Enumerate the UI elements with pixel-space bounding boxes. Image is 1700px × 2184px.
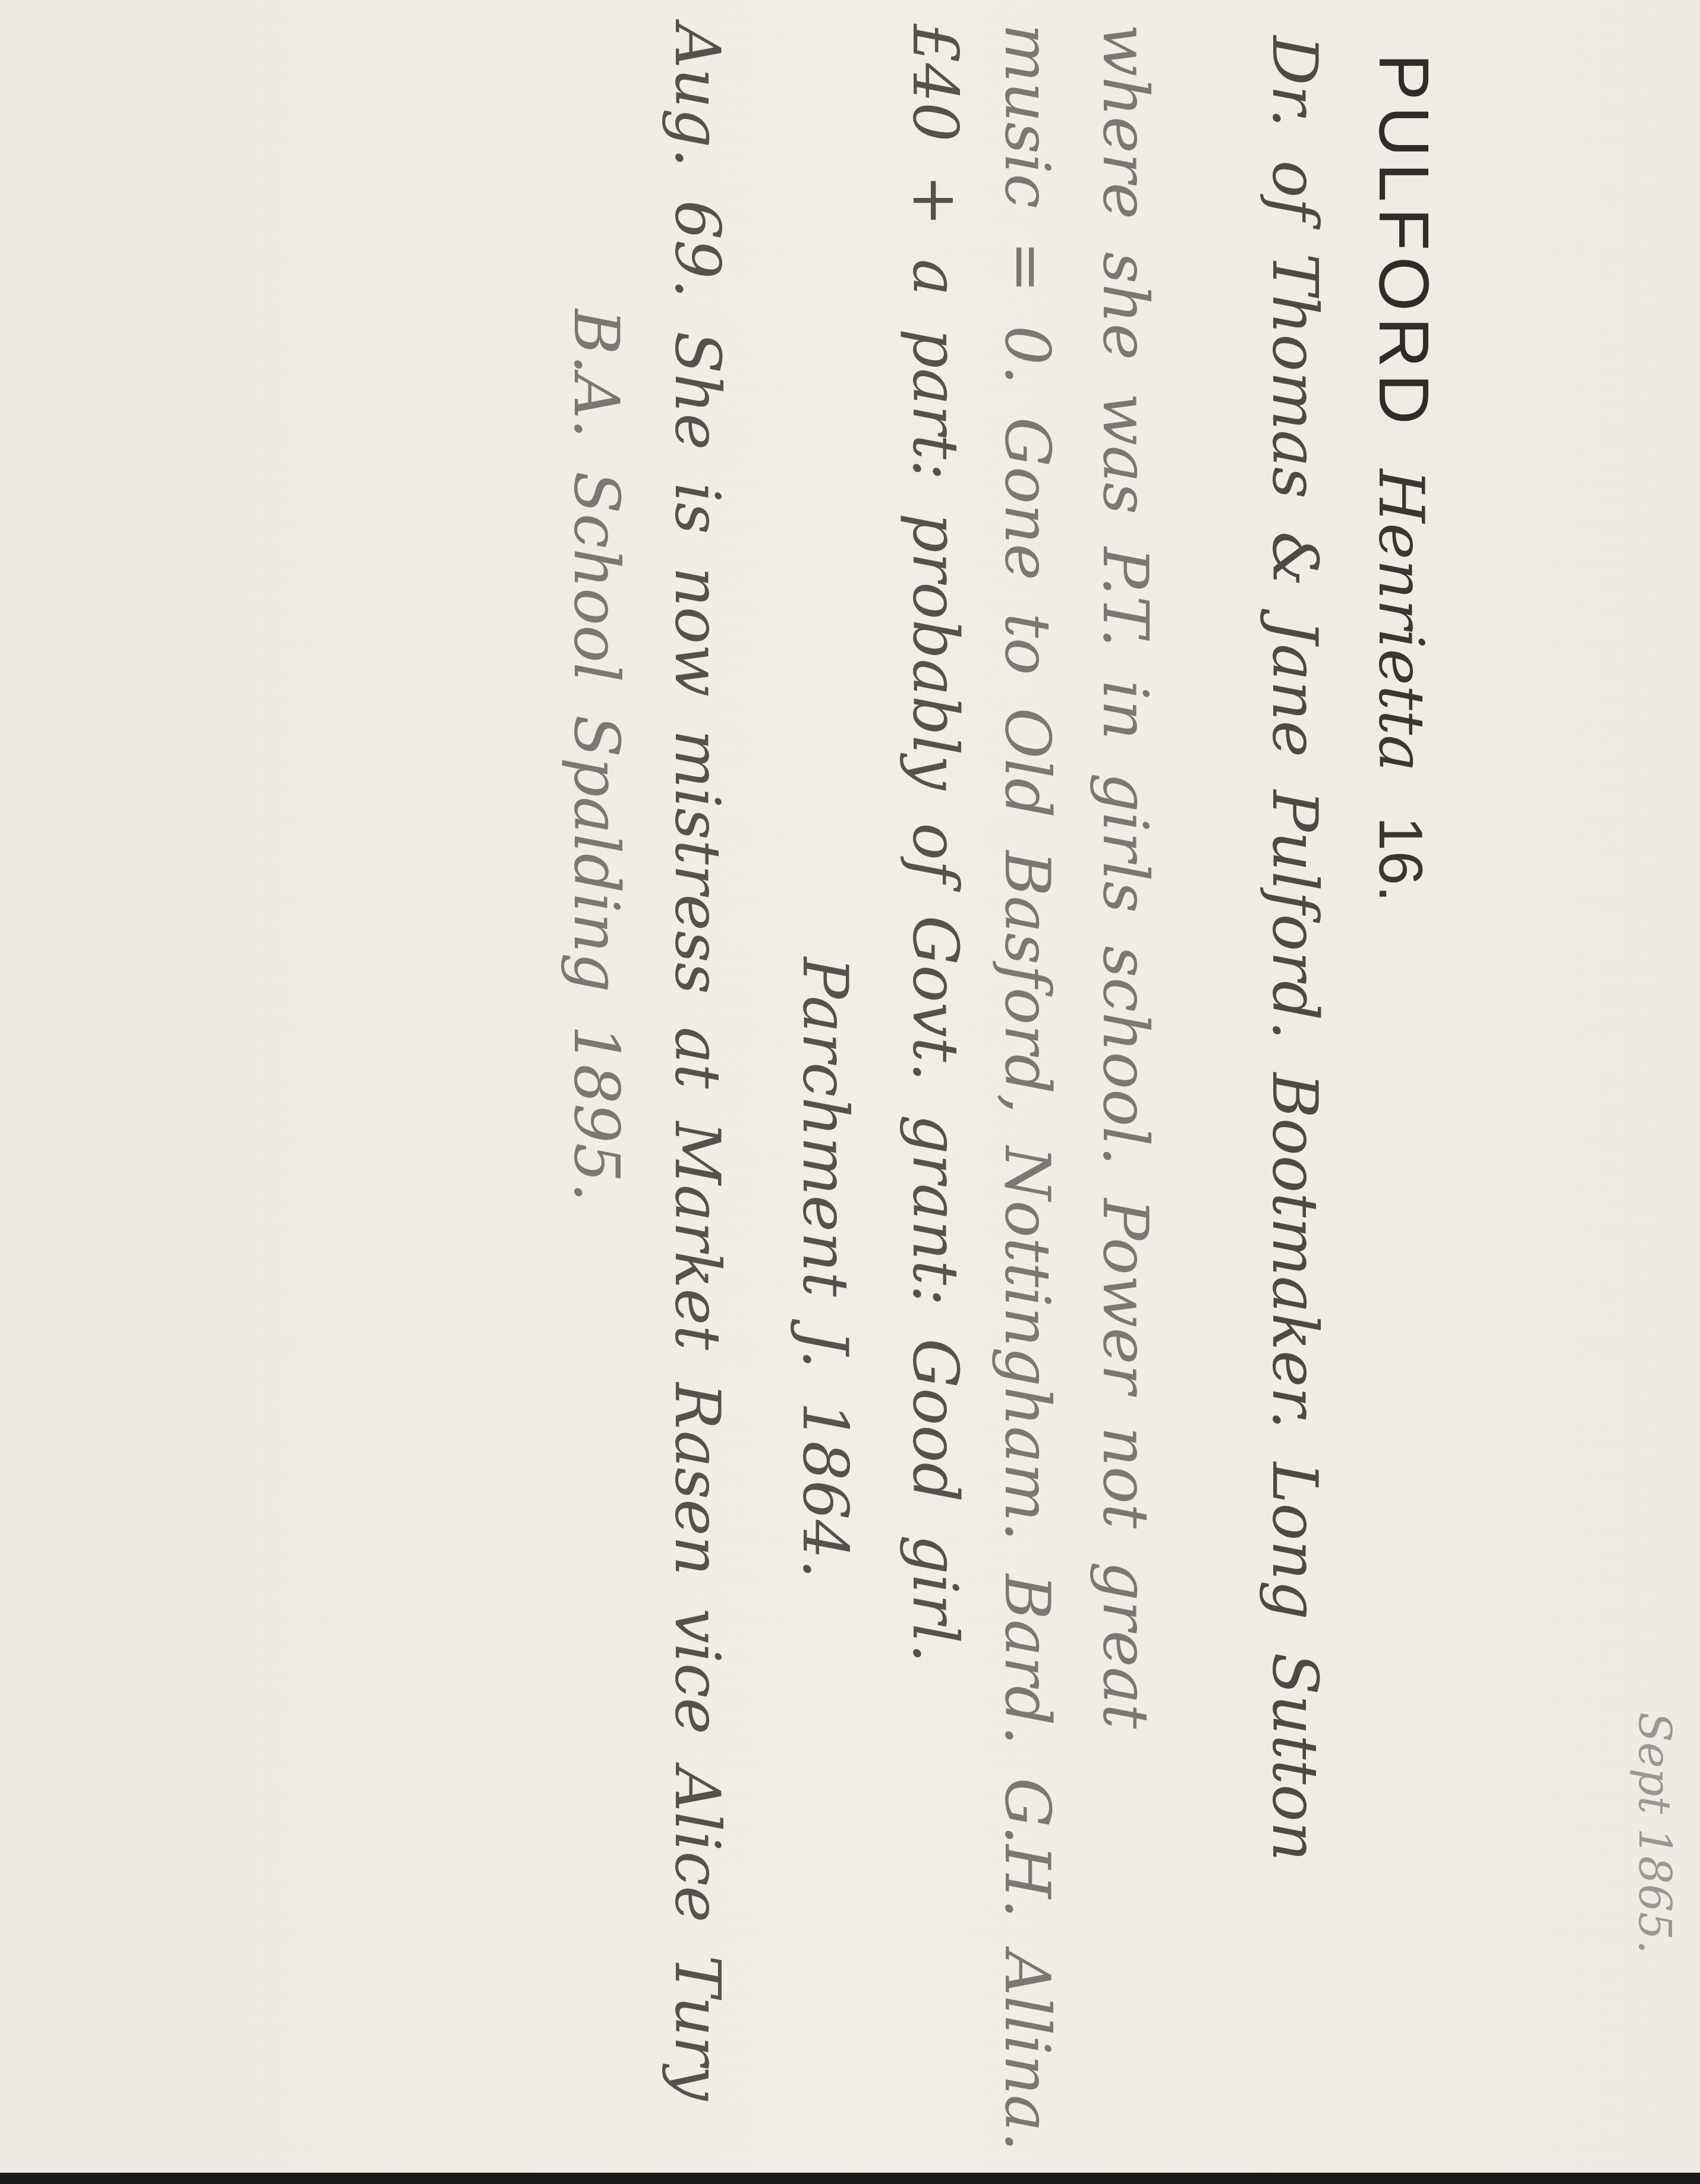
record-card-page: Sept 1865. PULFORD Henrietta 16. Dr. of … — [0, 0, 1700, 2173]
rotated-handwriting-sheet: Sept 1865. PULFORD Henrietta 16. Dr. of … — [0, 0, 1700, 2184]
line-aug-69: Aug. 69. She is now mistress at Market R… — [666, 24, 728, 2101]
first-name: Henrietta — [1365, 469, 1437, 772]
line-parchment: Parchment J. 1864. — [794, 957, 856, 1579]
age: 16. — [1366, 816, 1435, 902]
record-title: PULFORD Henrietta 16. — [1368, 54, 1438, 902]
line-salary: £40 + a part: probably of Govt. grant: G… — [904, 24, 966, 1663]
surname: PULFORD — [1364, 54, 1443, 430]
line-school: where she was P.T. in girls school. Powe… — [1094, 24, 1156, 1729]
line-parentage: Dr. of Thomas & Jane Pulford. Bootmaker.… — [1264, 36, 1326, 1861]
date-annotation: Sept 1865. — [1632, 1712, 1676, 1954]
line-spalding: B.A. School Spalding 1895. — [565, 309, 627, 1202]
scanner-edge-strip — [0, 2173, 1700, 2184]
line-music-posting: music = 0. Gone to Old Basford, Nottingh… — [996, 24, 1058, 2151]
